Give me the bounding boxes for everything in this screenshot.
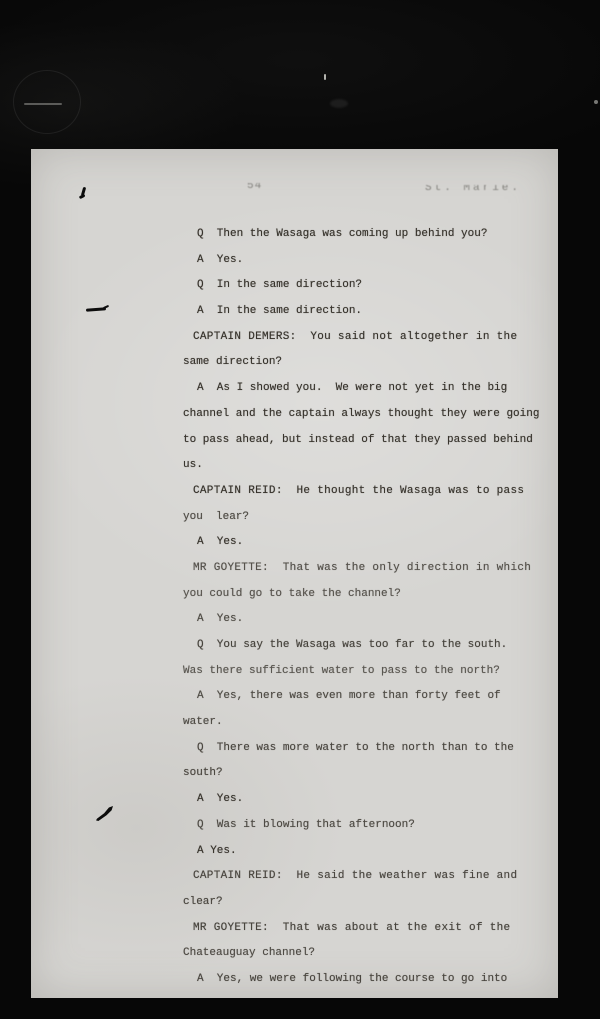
transcript-line: MR GOYETTE: That was about at the exit o… — [183, 916, 575, 942]
transcript-line: us. — [183, 453, 575, 479]
transcript-line: Q There was more water to the north than… — [183, 736, 575, 762]
transcript-line: A Yes. — [183, 787, 575, 813]
transcript-line: CAPTAIN REID: He thought the Wasaga was … — [183, 479, 575, 505]
transcript-line: A Yes. — [183, 839, 575, 865]
transcript-line: same direction? — [183, 350, 575, 376]
transcript-line: to pass ahead, but instead of that they … — [183, 428, 575, 454]
transcript-line: A Yes, we were following the course to g… — [183, 967, 575, 993]
transcript-line: Chateauguay channel? — [183, 941, 575, 967]
transcript-line: A As I showed you. We were not yet in th… — [183, 376, 575, 402]
transcript-line: CAPTAIN DEMERS: You said not altogether … — [183, 325, 575, 351]
transcript-line: you could go to take the channel? — [183, 582, 575, 608]
transcript-line: south? — [183, 761, 575, 787]
transcript-line: clear? — [183, 890, 575, 916]
microfilm-background: 54 St. Marie. Q Then the Wasaga was comi… — [0, 0, 600, 1019]
transcript-line: A Yes. — [183, 248, 575, 274]
film-smudge — [330, 99, 348, 108]
ink-tick-mark — [79, 186, 88, 199]
transcript-line: CAPTAIN REID: He said the weather was fi… — [183, 864, 575, 890]
transcript-line: channel and the captain always thought t… — [183, 402, 575, 428]
document-page: 54 St. Marie. Q Then the Wasaga was comi… — [31, 149, 558, 998]
transcript-line: Q In the same direction? — [183, 273, 575, 299]
transcript-line: Q You say the Wasaga was too far to the … — [183, 633, 575, 659]
transcript-line: you lear? — [183, 505, 575, 531]
page-number: 54 — [247, 183, 262, 191]
transcript-line: Q Then the Wasaga was coming up behind y… — [183, 222, 575, 248]
running-head-witness-name: St. Marie. — [425, 185, 521, 193]
transcript-body: Q Then the Wasaga was coming up behind y… — [183, 222, 575, 993]
ink-dash-mark — [86, 305, 109, 313]
transcript-line: A In the same direction. — [183, 299, 575, 325]
ink-flag-mark — [96, 806, 113, 821]
film-speck — [324, 74, 326, 80]
film-scratch-line — [24, 103, 62, 105]
transcript-line: water. — [183, 710, 575, 736]
transcript-line: A Yes. — [183, 530, 575, 556]
transcript-line: Was there sufficient water to pass to th… — [183, 659, 575, 685]
film-speck — [594, 100, 598, 104]
film-scratch-circle — [13, 70, 81, 134]
transcript-line: Q Was it blowing that afternoon? — [183, 813, 575, 839]
transcript-line: MR GOYETTE: That was the only direction … — [183, 556, 575, 582]
transcript-line: A Yes. — [183, 607, 575, 633]
transcript-line: A Yes, there was even more than forty fe… — [183, 684, 575, 710]
